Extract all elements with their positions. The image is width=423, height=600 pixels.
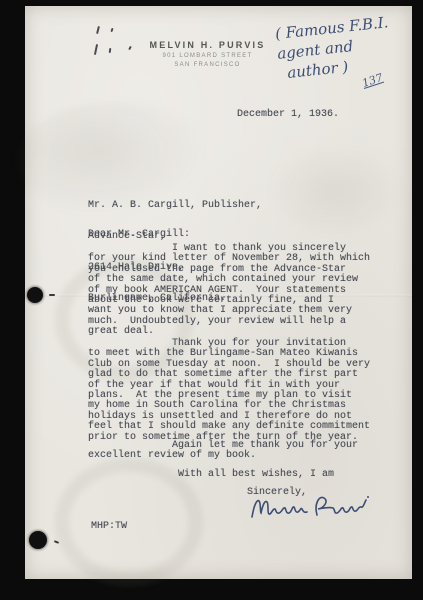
typist-initials: MHP:TW xyxy=(91,522,127,532)
body-paragraph-1: I want to thank you sincerely for your k… xyxy=(88,244,370,338)
signature-melvin-purvis xyxy=(249,492,371,526)
pen-dash xyxy=(49,294,55,296)
hole-punch-top xyxy=(27,287,43,303)
date-line: December 1, 1936. xyxy=(237,110,339,120)
valediction: With all best wishes, I am xyxy=(178,470,334,480)
pen-tick xyxy=(96,26,100,34)
body-paragraph-2: Thank you for your invitation to meet wi… xyxy=(88,339,370,443)
recipient-line: Mr. A. B. Cargill, Publisher, xyxy=(88,201,262,211)
body-paragraph-3: Again let me thank you for your excellen… xyxy=(88,441,358,462)
bleed-through-mark xyxy=(255,136,415,246)
hole-punch-bottom xyxy=(29,531,47,549)
pen-dash xyxy=(54,540,59,544)
pen-tick xyxy=(110,28,113,32)
letter-paper: MELVIN H. PURVIS 901 LOMBARD STREET SAN … xyxy=(25,6,412,579)
letter-photograph: MELVIN H. PURVIS 901 LOMBARD STREET SAN … xyxy=(0,0,423,600)
salutation: Dear Mr. Cargill: xyxy=(88,230,190,240)
